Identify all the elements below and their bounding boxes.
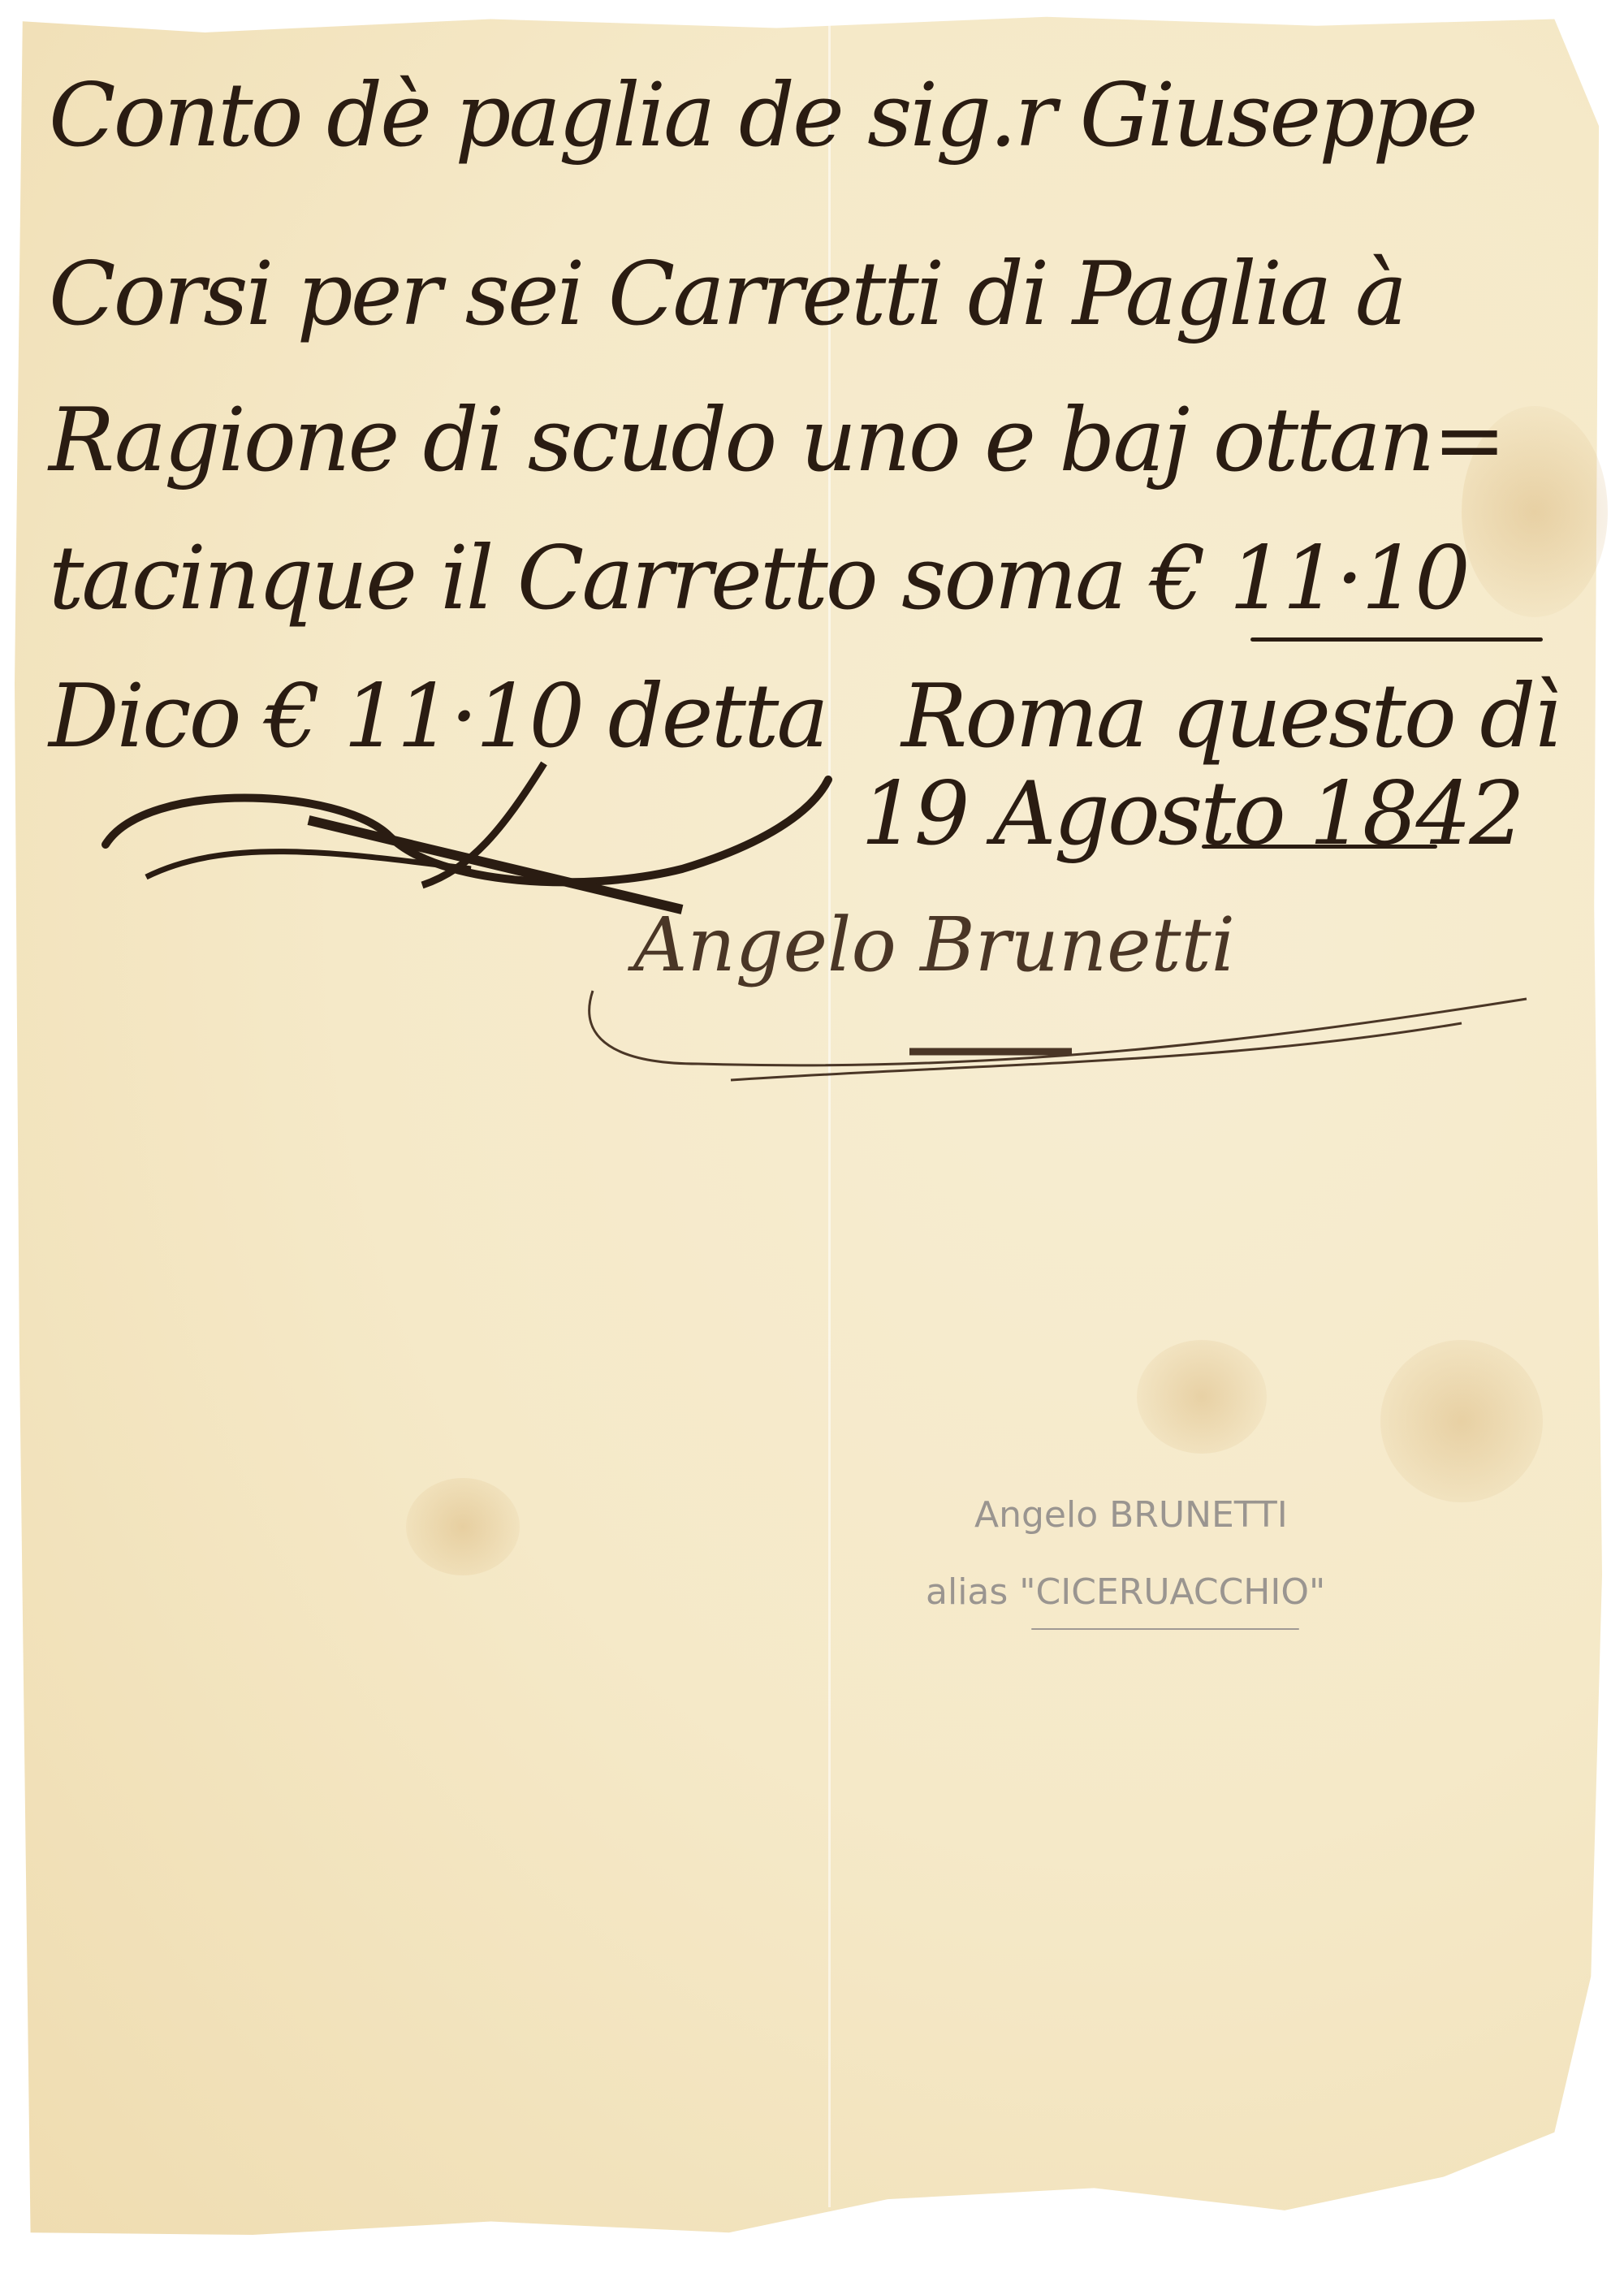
stain [1137, 1340, 1267, 1454]
paper-sheet [15, 15, 1602, 2244]
place-line: Roma questo dì [901, 666, 1559, 767]
pencil-note-line-2: alias "CICERUACCHIO" [926, 1571, 1325, 1613]
text-line-1: Conto dè paglia de sig.r Giuseppe [49, 65, 1475, 166]
text-line-2: Corsi per sei Carretti di Paglia à [49, 244, 1405, 345]
date-line: 19 Agosto 1842 [861, 763, 1522, 865]
total-underline [1250, 637, 1543, 642]
flourish-icon [97, 731, 909, 926]
date-underline [1202, 845, 1437, 849]
signature-flourish-icon [568, 974, 1543, 1104]
text-line-4: tacinque il Carretto soma € 11·10 [49, 528, 1468, 629]
text-line-3: Ragione di scudo uno e baj ottan= [49, 390, 1504, 491]
stain [1380, 1340, 1543, 1502]
pencil-underline [1031, 1628, 1299, 1630]
pencil-note-line-1: Angelo BRUNETTI [974, 1494, 1288, 1536]
stain [406, 1478, 520, 1575]
